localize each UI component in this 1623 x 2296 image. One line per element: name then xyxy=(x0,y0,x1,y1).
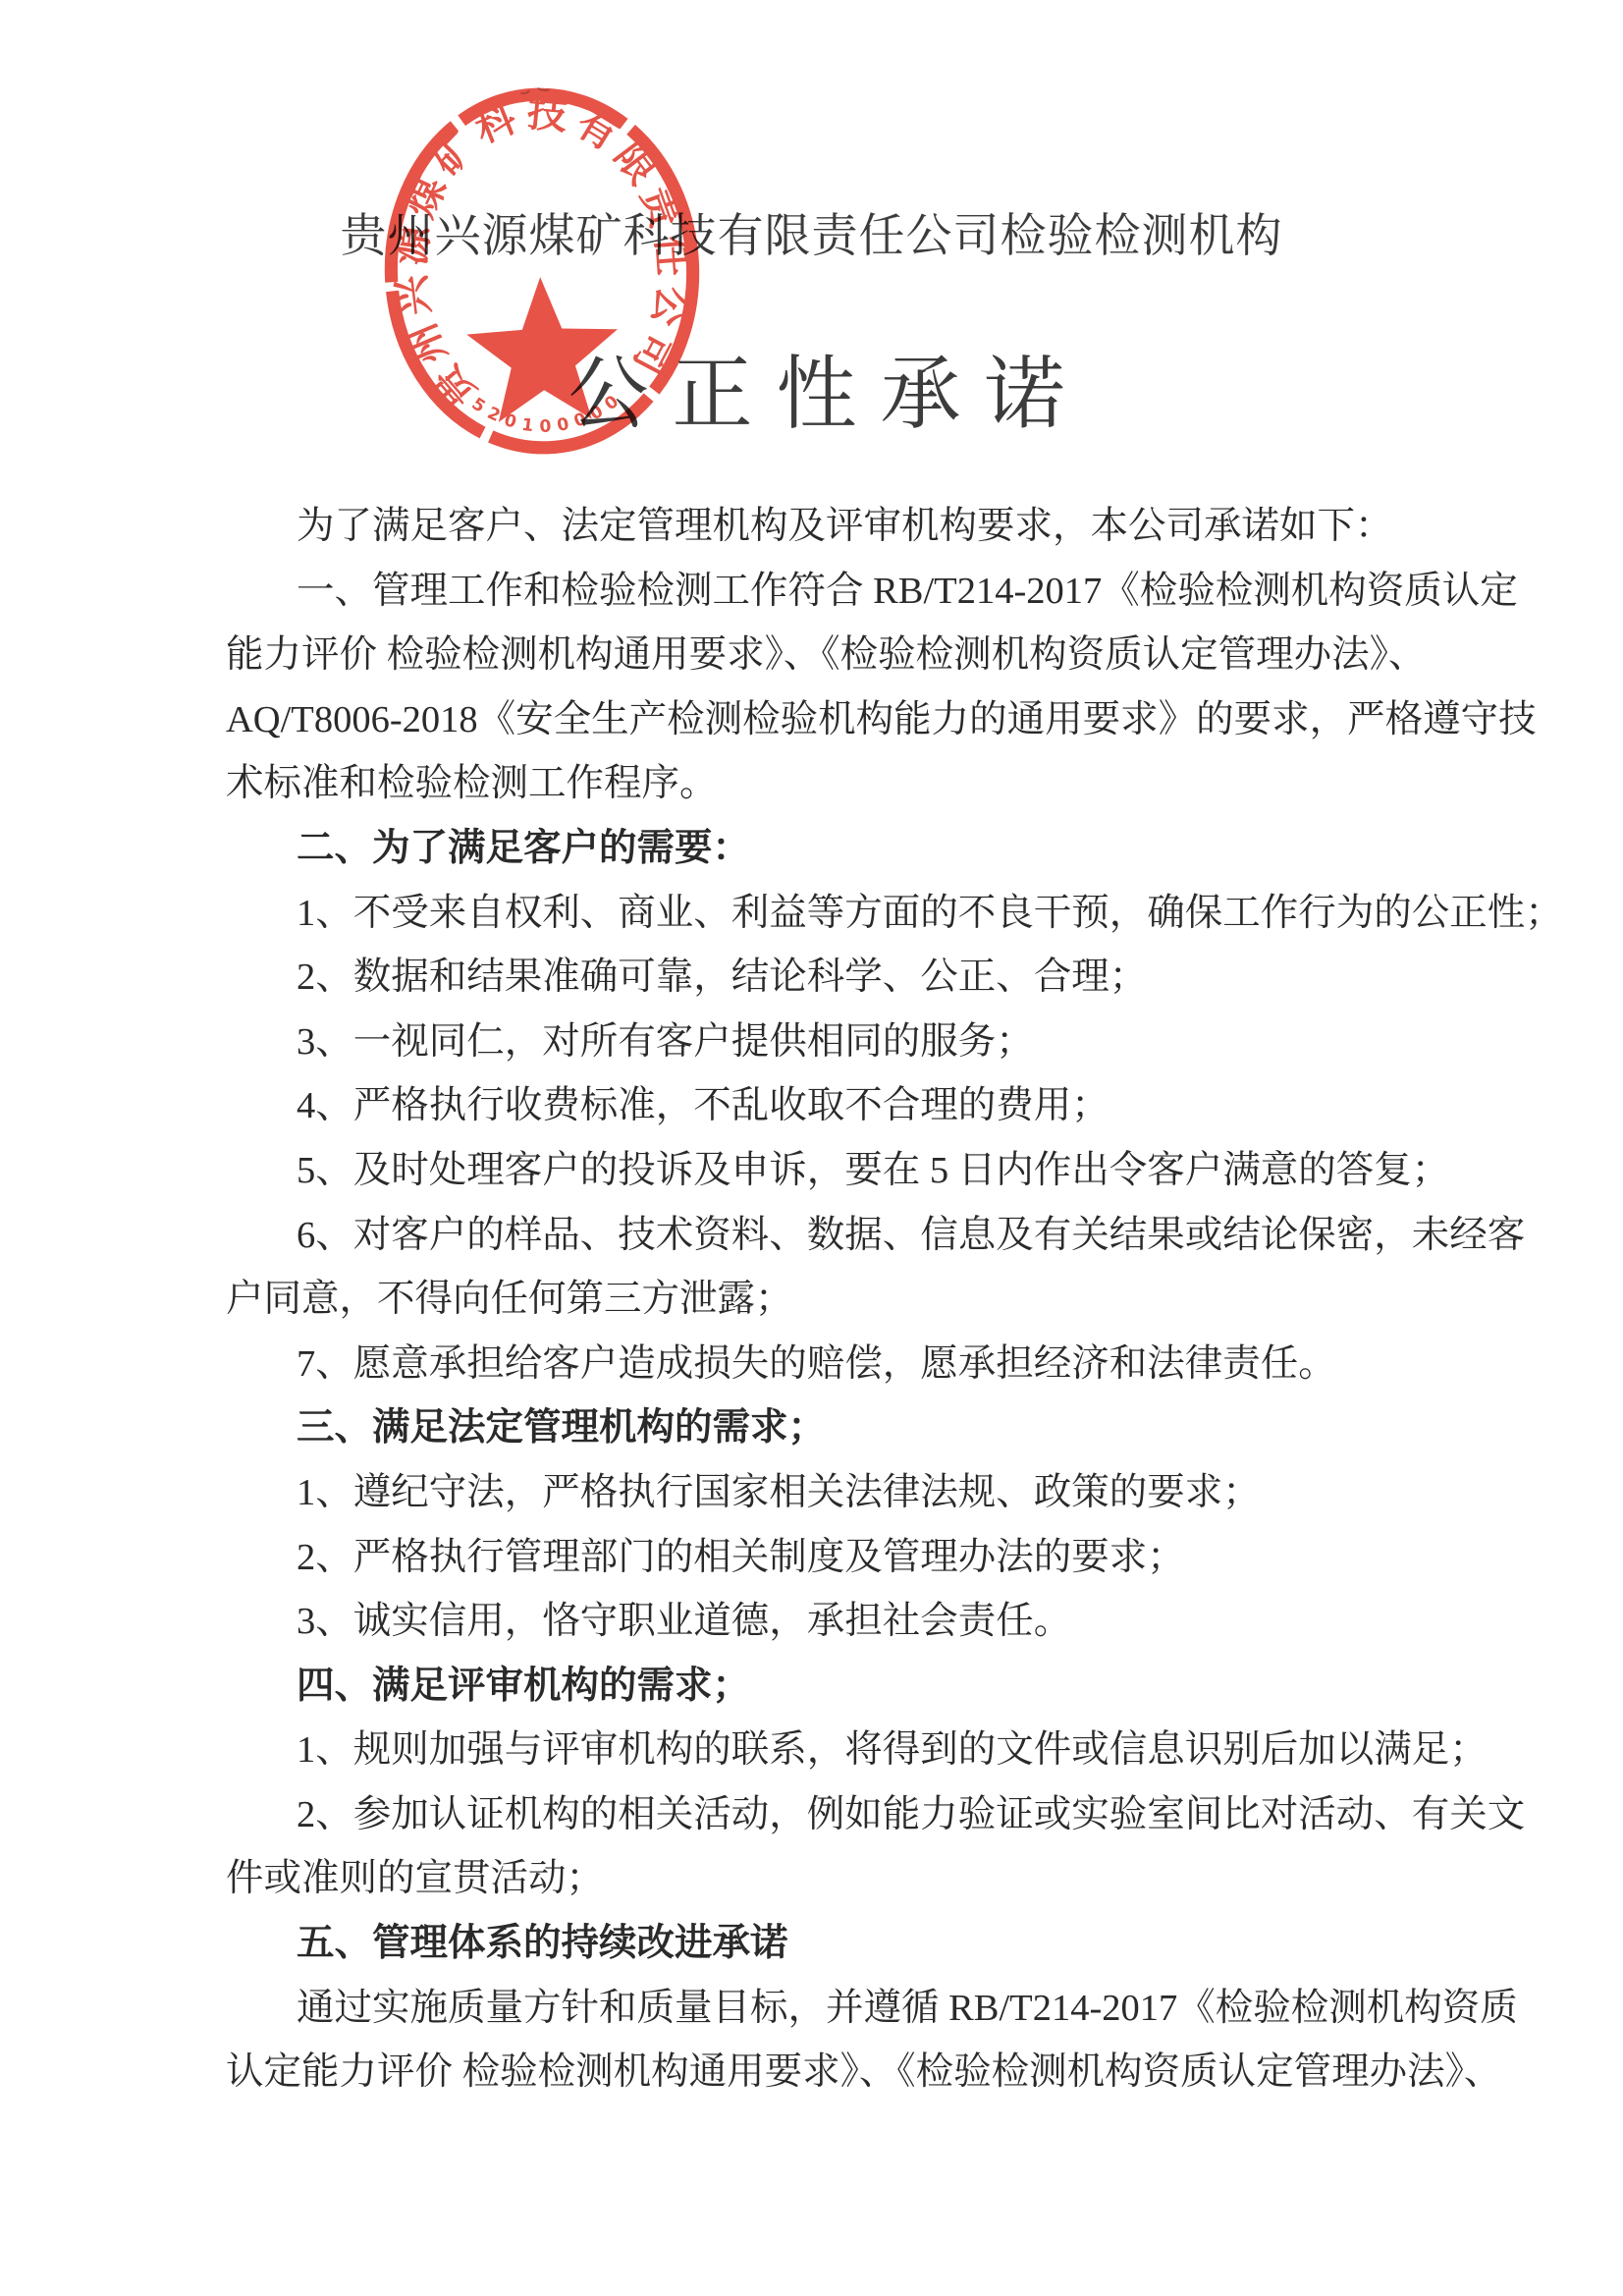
body-line: 1、遵纪守法，严格执行国家相关法律法规、政策的要求； xyxy=(226,1461,1512,1526)
body-line: AQ/T8006-2018《安全生产检测检验机构能力的通用要求》的要求，严格遵守… xyxy=(226,688,1512,753)
body-section-heading: 四、满足评审机构的需求； xyxy=(226,1655,1512,1720)
body-line: 4、严格执行收费标准，不乱收取不合理的费用； xyxy=(226,1074,1512,1139)
body-line: 户同意，不得向任何第三方泄露； xyxy=(226,1268,1512,1333)
body-line: 3、诚实信用，恪守职业道德，承担社会责任。 xyxy=(226,1590,1512,1655)
document-subtitle: 公正性承诺 xyxy=(0,330,1623,445)
body-line: 术标准和检验检测工作程序。 xyxy=(226,752,1512,817)
body-line: 6、对客户的样品、技术资料、数据、信息及有关结果或结论保密，未经客 xyxy=(226,1204,1512,1269)
body-line: 5、及时处理客户的投诉及申诉，要在 5 日内作出令客户满意的答复； xyxy=(226,1139,1512,1204)
body-line: 件或准则的宣贯活动； xyxy=(226,1847,1512,1912)
body-line: 能力评价 检验检测机构通用要求》、《检验检测机构资质认定管理办法》、 xyxy=(226,624,1512,688)
document-title: 贵州兴源煤矿科技有限责任公司检验检测机构 xyxy=(0,199,1623,265)
body-line: 2、数据和结果准确可靠，结论科学、公正、合理； xyxy=(226,946,1512,1011)
body-line: 2、严格执行管理部门的相关制度及管理办法的要求； xyxy=(226,1526,1512,1591)
body-section-heading: 二、为了满足客户的需要： xyxy=(226,817,1512,882)
body-section-heading: 五、管理体系的持续改进承诺 xyxy=(226,1912,1512,1977)
body-section-heading: 三、满足法定管理机构的需求； xyxy=(226,1396,1512,1461)
body-line: 7、愿意承担给客户造成损失的赔偿，愿承担经济和法律责任。 xyxy=(226,1333,1512,1397)
body-line: 通过实施质量方针和质量目标，并遵循 RB/T214-2017《检验检测机构资质 xyxy=(226,1977,1512,2042)
body-line: 为了满足客户、法定管理机构及评审机构要求，本公司承诺如下： xyxy=(226,495,1512,560)
company-seal-stamp: 贵州兴源煤矿科技有限责任公司 520100000 xyxy=(366,77,717,465)
body-line: 3、一视同仁，对所有客户提供相同的服务； xyxy=(226,1011,1512,1075)
body-line: 2、参加认证机构的相关活动，例如能力验证或实验室间比对活动、有关文 xyxy=(226,1783,1512,1848)
body-line: 1、不受来自权利、商业、利益等方面的不良干预，确保工作行为的公正性； xyxy=(226,882,1512,947)
document-body: 为了满足客户、法定管理机构及评审机构要求，本公司承诺如下： 一、管理工作和检验检… xyxy=(226,495,1512,2105)
document-page: 贵州兴源煤矿科技有限责任公司 520100000 贵州兴源煤矿科技有限责任公司检… xyxy=(0,0,1623,2296)
body-line: 认定能力评价 检验检测机构通用要求》、《检验检测机构资质认定管理办法》、 xyxy=(226,2041,1512,2105)
body-line: 1、规则加强与评审机构的联系，将得到的文件或信息识别后加以满足； xyxy=(226,1719,1512,1783)
body-line: 一、管理工作和检验检测工作符合 RB/T214-2017《检验检测机构资质认定 xyxy=(226,560,1512,625)
